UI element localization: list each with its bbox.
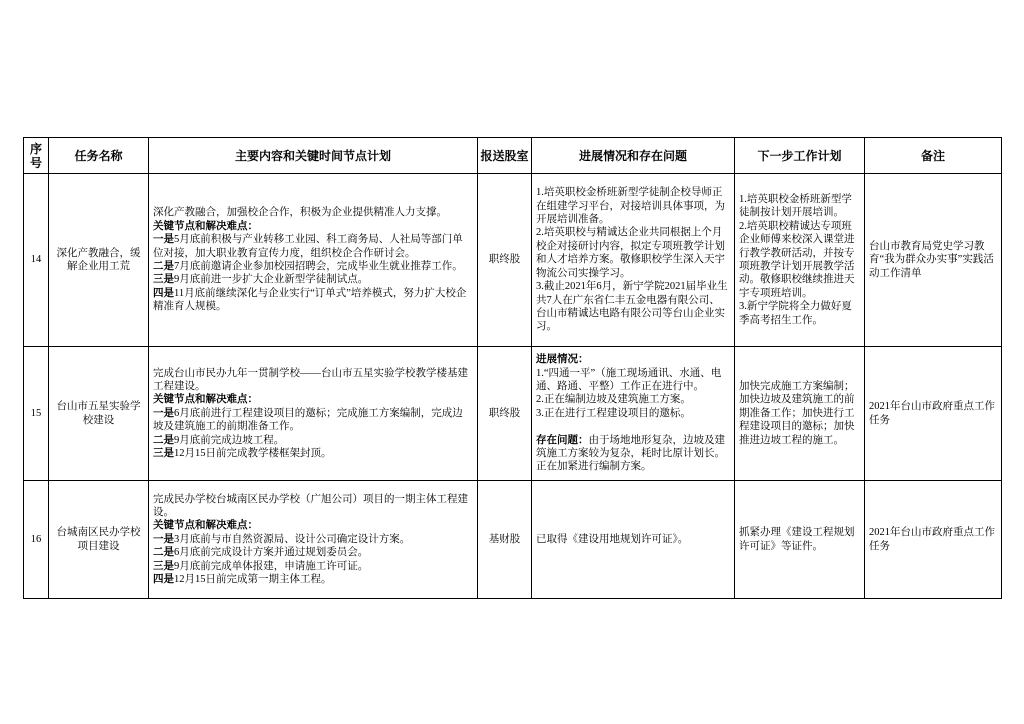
table-header-row: 序号任务名称主要内容和关键时间节点计划报送股室进展情况和存在问题下一步工作计划备…	[24, 138, 1002, 174]
cell-task-row14: 深化产教融合，缓解企业用工荒	[49, 174, 149, 347]
task-row-14: 14深化产教融合，缓解企业用工荒深化产教融合，加强校企合作，积极为企业提供精准人…	[24, 174, 1002, 347]
cell-no-row16: 16	[24, 481, 49, 599]
cell-task-row16: 台城南区民办学校项目建设	[49, 481, 149, 599]
cell-no-row15: 15	[24, 347, 49, 481]
cell-note-row15: 2021年台山市政府重点工作任务	[865, 347, 1002, 481]
document-page: 序号任务名称主要内容和关键时间节点计划报送股室进展情况和存在问题下一步工作计划备…	[0, 0, 1024, 724]
cell-no-row14: 14	[24, 174, 49, 347]
column-header-1: 任务名称	[49, 138, 149, 174]
cell-progress-row15: 进展情况：1.“四通一平”（施工现场通讯、水通、电通、路通、平整）工作正在进行中…	[532, 347, 735, 481]
cell-note-row14: 台山市教育局党史学习教育“我为群众办实事”实践活动工作清单	[865, 174, 1002, 347]
cell-task-row15: 台山市五星实验学校建设	[49, 347, 149, 481]
cell-progress-row14: 1.培英职校金桥班新型学徒制企校导师正在组建学习平台，对接培训具体事项，为开展培…	[532, 174, 735, 347]
column-header-2: 主要内容和关键时间节点计划	[149, 138, 478, 174]
column-header-3: 报送股室	[478, 138, 532, 174]
cell-dept-row16: 基财股	[478, 481, 532, 599]
cell-content-row14: 深化产教融合，加强校企合作，积极为企业提供精准人力支撑。关键节点和解决难点：一是…	[149, 174, 478, 347]
cell-next-row16: 抓紧办理《建设工程规划许可证》等证件。	[735, 481, 865, 599]
column-header-5: 下一步工作计划	[735, 138, 865, 174]
column-header-0: 序号	[24, 138, 49, 174]
column-header-6: 备注	[865, 138, 1002, 174]
column-header-4: 进展情况和存在问题	[532, 138, 735, 174]
cell-next-row15: 加快完成施工方案编制；加快边坡及建筑施工的前期准备工作；加快进行工程建设项目的邀…	[735, 347, 865, 481]
cell-content-row16: 完成民办学校台城南区民办学校（广旭公司）项目的一期主体工程建设。关键节点和解决难…	[149, 481, 478, 599]
task-row-15: 15台山市五星实验学校建设完成台山市民办九年一贯制学校——台山市五星实验学校教学…	[24, 347, 1002, 481]
cell-next-row14: 1.培英职校金桥班新型学徒制按计划开展培训。2.培英职校精诚达专项班企业师傅来校…	[735, 174, 865, 347]
cell-content-row15: 完成台山市民办九年一贯制学校——台山市五星实验学校教学楼基建工程建设。关键节点和…	[149, 347, 478, 481]
cell-progress-row16: 已取得《建设用地规划许可证》。	[532, 481, 735, 599]
task-progress-table: 序号任务名称主要内容和关键时间节点计划报送股室进展情况和存在问题下一步工作计划备…	[23, 137, 1002, 599]
cell-dept-row15: 职终股	[478, 347, 532, 481]
cell-note-row16: 2021年台山市政府重点工作任务	[865, 481, 1002, 599]
cell-dept-row14: 职终股	[478, 174, 532, 347]
task-row-16: 16台城南区民办学校项目建设完成民办学校台城南区民办学校（广旭公司）项目的一期主…	[24, 481, 1002, 599]
